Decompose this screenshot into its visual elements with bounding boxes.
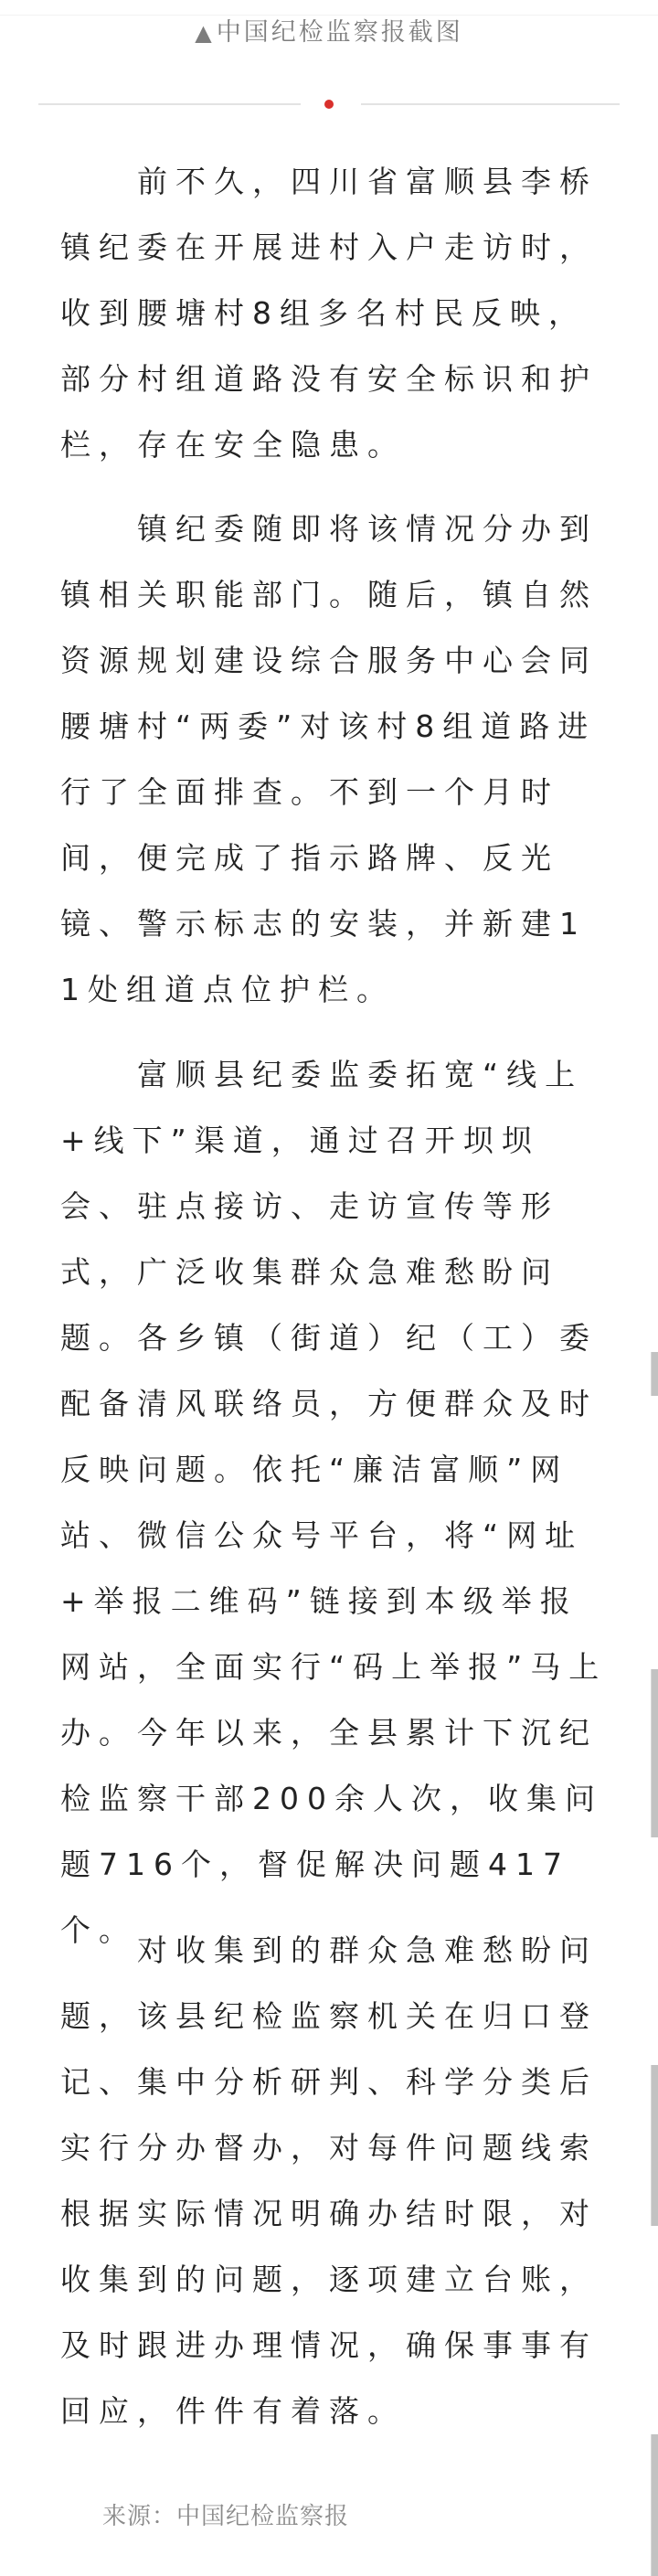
top-rule xyxy=(0,15,658,16)
divider-line-right xyxy=(361,103,620,105)
scrollbar-thumb[interactable] xyxy=(651,2065,658,2226)
image-caption: ▲中国纪检监察报截图 xyxy=(0,16,658,49)
paragraph-3: 富顺县纪委监委拓宽“线上+线下”渠道，通过召开坝坝会、驻点接访、走访宣传等形式，… xyxy=(60,1042,609,1964)
divider-line-left xyxy=(38,103,301,105)
caption-text: 中国纪检监察报截图 xyxy=(217,18,463,47)
paragraph-4: 对收集到的群众急难愁盼问题，该县纪检监察机关在归口登记、集中分析研判、科学分类后… xyxy=(60,1918,609,2444)
divider-dot-icon xyxy=(324,100,334,109)
scrollbar-thumb[interactable] xyxy=(651,2434,658,2576)
paragraph-1: 前不久，四川省富顺县李桥镇纪委在开展进村入户走访时，收到腰塘村8组多名村民反映，… xyxy=(60,149,609,478)
triangle-up-icon: ▲ xyxy=(195,20,214,46)
section-divider xyxy=(0,100,658,109)
source-attribution: 来源：中国纪检监察报 xyxy=(102,2498,349,2535)
paragraph-2: 镇纪委随即将该情况分办到镇相关职能部门。随后，镇自然资源规划建设综合服务中心会同… xyxy=(60,496,609,1023)
scrollbar-thumb[interactable] xyxy=(651,1669,658,1837)
scrollbar-thumb[interactable] xyxy=(651,1352,658,1396)
